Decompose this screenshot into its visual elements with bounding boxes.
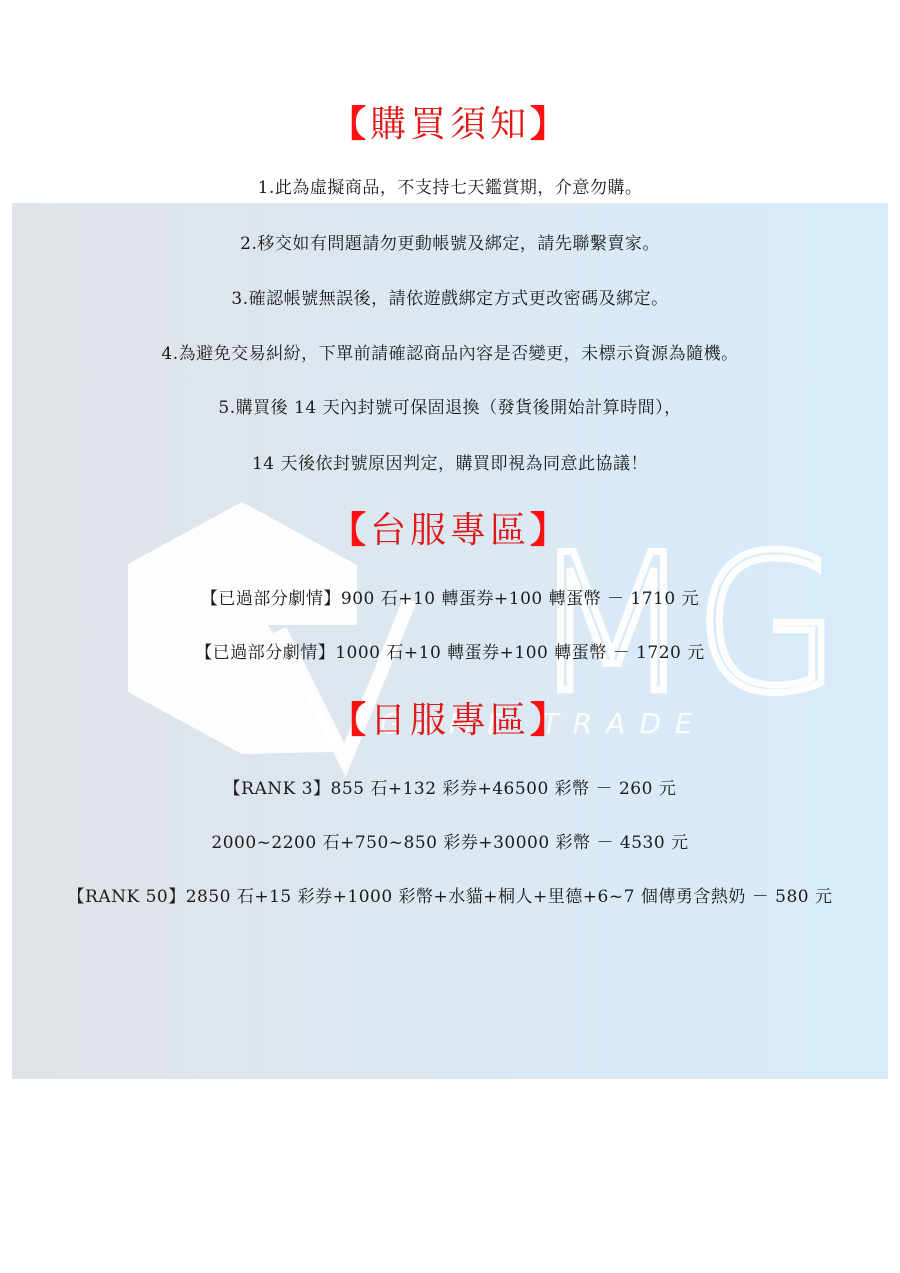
notice-item-3: 3.確認帳號無誤後，請依遊戲綁定方式更改密碼及綁定。	[0, 291, 900, 308]
jp-listing-3: 【RANK 50】2850 石+15 彩券+1000 彩幣+水貓+桐人+里德+6…	[0, 889, 900, 906]
bracket-open: 【	[330, 699, 370, 741]
notice-item-2: 2.移交如有問題請勿更動帳號及綁定，請先聯繫賣家。	[0, 236, 900, 253]
background-panel	[12, 203, 888, 1079]
notice-item-5: 5.購買後 14 天內封號可保固退換（發貨後開始計算時間），	[0, 400, 900, 417]
jp-section-title: 日服專區	[370, 700, 530, 741]
bracket-open: 【	[330, 103, 370, 145]
notice-title: 購買須知	[370, 104, 530, 145]
tw-listing-2: 【已過部分劇情】1000 石+10 轉蛋券+100 轉蛋幣 － 1720 元	[0, 645, 900, 662]
jp-listing-2: 2000~2200 石+750~850 彩券+30000 彩幣 － 4530 元	[0, 835, 900, 852]
notice-item-4: 4.為避免交易糾紛，下單前請確認商品內容是否變更，未標示資源為隨機。	[0, 346, 900, 363]
bracket-open: 【	[330, 509, 370, 551]
jp-listing-1: 【RANK 3】855 石+132 彩券+46500 彩幣 － 260 元	[0, 781, 900, 798]
tw-listing-1: 【已過部分劇情】900 石+10 轉蛋券+100 轉蛋幣 － 1710 元	[0, 591, 900, 608]
notice-item-1: 1.此為虛擬商品，不支持七天鑑賞期，介意勿購。	[0, 180, 900, 197]
notice-item-6: 14 天後依封號原因判定，購買即視為同意此協議！	[0, 456, 900, 473]
bracket-close: 】	[530, 103, 570, 145]
tw-section-heading: 【台服專區】	[0, 512, 900, 549]
tw-section-title: 台服專區	[370, 510, 530, 551]
bracket-close: 】	[530, 699, 570, 741]
jp-section-heading: 【日服專區】	[0, 702, 900, 739]
notice-heading: 【購買須知】	[0, 106, 900, 143]
bracket-close: 】	[530, 509, 570, 551]
